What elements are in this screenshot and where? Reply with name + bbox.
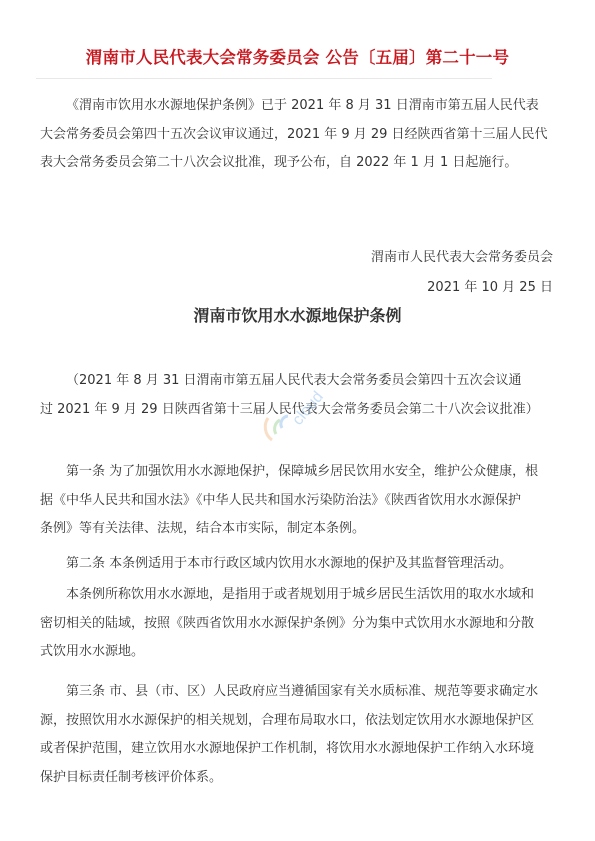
text-line: 大会常务委员会第四十五次会议审议通过，2021 年 9 月 29 日经陕西省第十… xyxy=(14,121,555,150)
signatory: 渭南市人民代表大会常务委员会 xyxy=(371,246,553,265)
text-line: 据《中华人民共和国水法》《中华人民共和国水污染防治法》《陕西省饮用水水源保护 xyxy=(14,487,555,516)
text-line: 本条例所称饮用水水源地，是指用于或者规划用于城乡居民生活饮用的取水水域和 xyxy=(40,581,555,610)
announcement-date: 2021 年 10 月 25 日 xyxy=(427,276,553,295)
text-line: 源，按照饮用水水源保护的相关规划，合理布局取水口，依法划定饮用水水源地保护区 xyxy=(14,707,555,736)
text-line: 《渭南市饮用水水源地保护条例》已于 2021 年 8 月 31 日渭南市第五届人… xyxy=(40,92,555,121)
svg-text:cloud: cloud xyxy=(289,388,327,428)
article-2: 第二条 本条例适用于本市行政区域内饮用水水源地的保护及其监督管理活动。 xyxy=(40,550,555,579)
text-line: 式饮用水水源地。 xyxy=(14,638,555,667)
text-line: 第三条 市、县（市、区）人民政府应当遵循国家有关水质标准、规范等要求确定水 xyxy=(40,678,555,707)
article-1: 第一条 为了加强饮用水水源地保护，保障城乡居民饮用水安全，维护公众健康，根 据《… xyxy=(40,458,555,544)
announcement-paragraph: 《渭南市饮用水水源地保护条例》已于 2021 年 8 月 31 日渭南市第五届人… xyxy=(40,92,555,178)
text-line: 条例》等有关法律、法规，结合本市实际，制定本条例。 xyxy=(14,515,555,544)
text-line: 表大会常务委员会第二十八次会议批准，现予公布，自 2022 年 1 月 1 日起… xyxy=(14,149,555,178)
text-line: 或者保护范围，建立饮用水水源地保护工作机制，将饮用水水源地保护工作纳入水环境 xyxy=(14,735,555,764)
title-divider xyxy=(36,78,492,79)
text-line: 第二条 本条例适用于本市行政区域内饮用水水源地的保护及其监督管理活动。 xyxy=(40,550,555,579)
text-line: 密切相关的陆域，按照《陕西省饮用水水源保护条例》分为集中式饮用水水源地和分散 xyxy=(14,610,555,639)
cloud-logo-icon: cloud xyxy=(258,382,328,452)
law-title: 渭南市饮用水水源地保护条例 xyxy=(0,303,595,326)
text-line: 保护目标责任制考核评价体系。 xyxy=(14,764,555,793)
article-2-definition: 本条例所称饮用水水源地，是指用于或者规划用于城乡居民生活饮用的取水水域和 密切相… xyxy=(40,581,555,667)
article-3: 第三条 市、县（市、区）人民政府应当遵循国家有关水质标准、规范等要求确定水 源，… xyxy=(40,678,555,792)
text-line: 第一条 为了加强饮用水水源地保护，保障城乡居民饮用水安全，维护公众健康，根 xyxy=(40,458,555,487)
page-title: 渭南市人民代表大会常务委员会 公告〔五届〕第二十一号 xyxy=(0,44,595,68)
